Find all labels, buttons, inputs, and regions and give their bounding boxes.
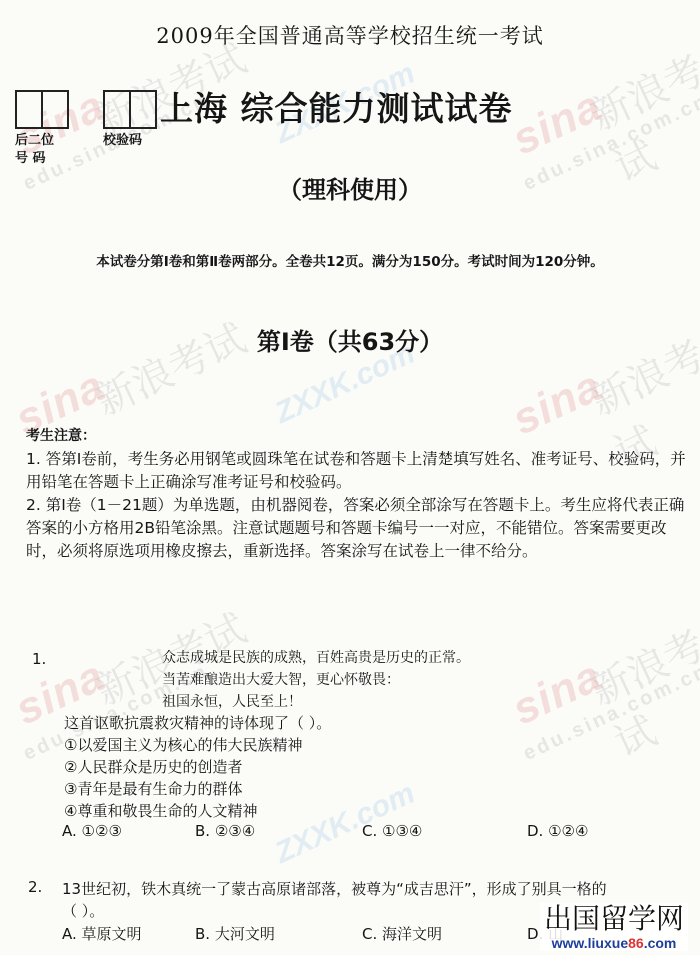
option-a[interactable]: A. ①②③ [62,822,195,840]
statement: ②人民群众是历史的创造者 [64,756,331,778]
question-number: 2. [28,878,42,896]
statement: ③青年是最有生命力的群体 [64,778,331,800]
notice-item: 2. 第Ⅰ卷（1－21题）为单选题，由机器阅卷，答案必须全部涂写在答题卡上。考生… [26,494,686,563]
section-title: 第Ⅰ卷（共63分） [0,322,700,357]
question-poem: 众志成城是民族的成熟，百姓高贵是历史的正常。 当苦难酿造出大爱大智，更心怀敬畏：… [162,647,470,713]
id-last-two-label: 后二位 号 码 [15,132,54,168]
liuxue86-watermark: 出国留学网 www.liuxue86.com [540,903,688,951]
option-c[interactable]: C. ①③④ [362,822,527,840]
question-number: 1. [32,650,46,668]
exam-intro: 本试卷分第Ⅰ卷和第Ⅱ卷两部分。全卷共12页。满分为150分。考试时间为120分钟… [0,250,700,270]
option-d[interactable]: D. ①②④ [527,822,588,840]
question-stem: 13世纪初，铁木真统一了蒙古高原诸部落，被尊为“成吉思汗”，形成了别具一格的 （… [62,878,607,922]
options-row: A. ①②③ B. ②③④ C. ①③④ D. ①②④ [62,822,682,840]
question-stem: 这首讴歌抗震救灾精神的诗体现了（ ）。 [64,712,331,734]
subtitle: （理科使用） [0,170,700,205]
notice-item: 1. 答第Ⅰ卷前，考生务必用钢笔或圆珠笔在试卷和答题卡上清楚填写姓名、准考证号、… [26,448,686,494]
exam-title: 2009年全国普通高等学校招生统一考试 [0,20,700,50]
statement: ④尊重和敬畏生命的人文精神 [64,800,331,822]
option-b[interactable]: B. 大河文明 [195,923,362,944]
sina-watermark-logo: sina [505,81,610,165]
option-b[interactable]: B. ②③④ [195,822,362,840]
sina-watermark-url: edu.sina.com.cn [520,660,700,766]
candidate-notice: 考生注意： 1. 答第Ⅰ卷前，考生务必用钢笔或圆珠笔在试卷和答题卡上清楚填写姓名… [26,425,686,563]
check-code-label: 校验码 [103,132,142,150]
check-code-boxes[interactable] [103,90,157,129]
sina-watermark-logo: sina [505,651,610,735]
statement: ①以爱国主义为核心的伟大民族精神 [64,734,331,756]
main-title: 上海 综合能力测试试卷 [160,83,513,130]
option-c[interactable]: C. 海洋文明 [362,923,527,944]
question-body: 这首讴歌抗震救灾精神的诗体现了（ ）。 ①以爱国主义为核心的伟大民族精神 ②人民… [64,712,331,822]
option-a[interactable]: A. 草原文明 [62,923,195,944]
id-last-two-boxes[interactable] [15,90,69,129]
notice-heading: 考生注意： [26,425,686,448]
sina-watermark-text: 新浪考试 [580,614,700,768]
